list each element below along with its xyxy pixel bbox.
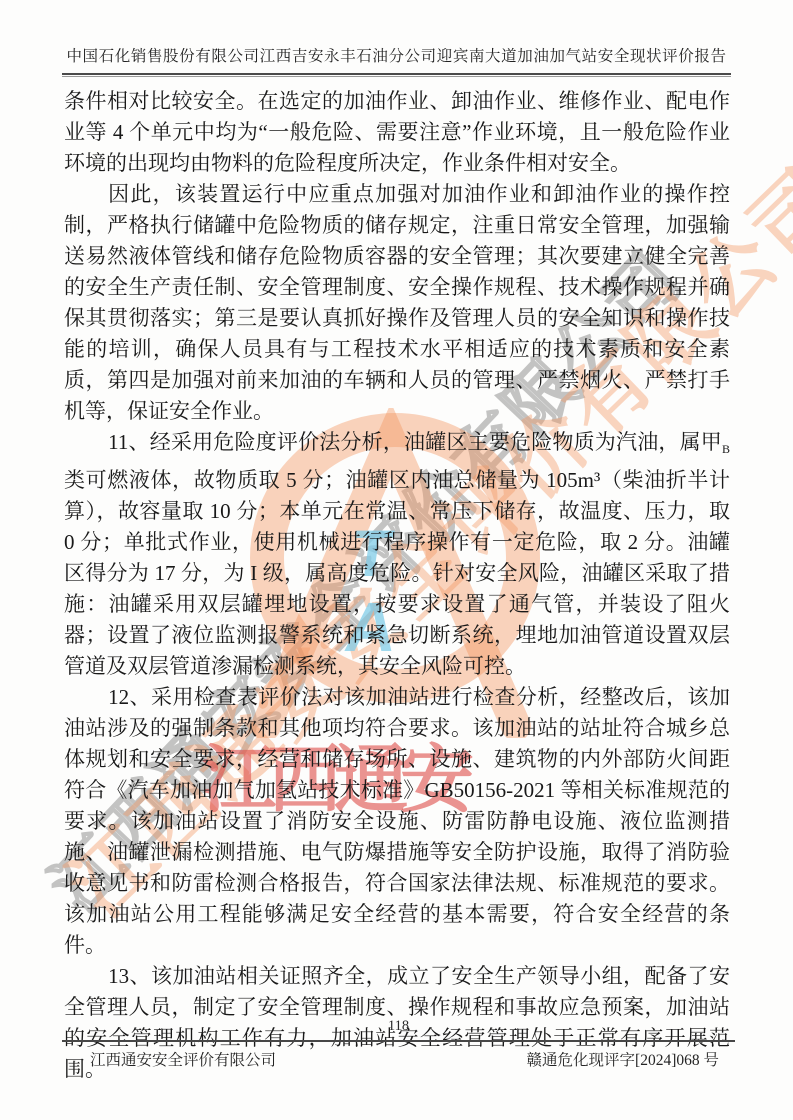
page-number: 118 bbox=[62, 1018, 735, 1035]
report-body: 条件相对比较安全。在选定的加油作业、卸油作业、维修作业、配电作业等 4 个单元中… bbox=[64, 86, 730, 1085]
page-content: 中国石化销售股份有限公司江西吉安永丰石油分公司迎宾南大道加油加气站安全现状评价报… bbox=[0, 0, 793, 1120]
footer-rule bbox=[62, 1040, 735, 1042]
paragraph-item-11: 11、经采用危险度评价法分析，油罐区主要危险物质为汽油，属甲B类可燃液体，故物质… bbox=[64, 427, 730, 682]
item-11-text-before-subscript: 11、经采用危险度评价法分析，油罐区主要危险物质为汽油，属甲 bbox=[108, 430, 722, 454]
paragraph-item-12: 12、采用检查表评价法对该加油站进行检查分析，经整改后，该加油站涉及的强制条款和… bbox=[64, 682, 730, 961]
header-rule bbox=[62, 73, 731, 77]
footer-document-number: 赣通危化现评字[2024]068 号 bbox=[527, 1048, 719, 1070]
item-11-subscript-b: B bbox=[722, 442, 730, 456]
page-header: 中国石化销售股份有限公司江西吉安永丰石油分公司迎宾南大道加油加气站安全现状评价报… bbox=[62, 44, 731, 77]
paragraph-conclusion-continuation: 条件相对比较安全。在选定的加油作业、卸油作业、维修作业、配电作业等 4 个单元中… bbox=[64, 86, 730, 179]
page-footer: 118 江西通安安全评价有限公司 赣通危化现评字[2024]068 号 bbox=[62, 1018, 735, 1070]
footer-row: 江西通安安全评价有限公司 赣通危化现评字[2024]068 号 bbox=[62, 1048, 735, 1070]
header-title: 中国石化销售股份有限公司江西吉安永丰石油分公司迎宾南大道加油加气站安全现状评价报… bbox=[62, 44, 731, 66]
footer-company-name: 江西通安安全评价有限公司 bbox=[90, 1048, 276, 1070]
item-11-text-after-subscript: 类可燃液体，故物质取 5 分；油罐区内油总储量为 105m³（柴油折半计算），故… bbox=[64, 468, 730, 678]
document-page: 江西通安安全评价有限公司 江西通安安全评价有限公司 T A 江西通安 中国石化销… bbox=[0, 0, 793, 1120]
paragraph-operation-control: 因此，该装置运行中应重点加强对加油作业和卸油作业的操作控制，严格执行储罐中危险物… bbox=[64, 179, 730, 427]
